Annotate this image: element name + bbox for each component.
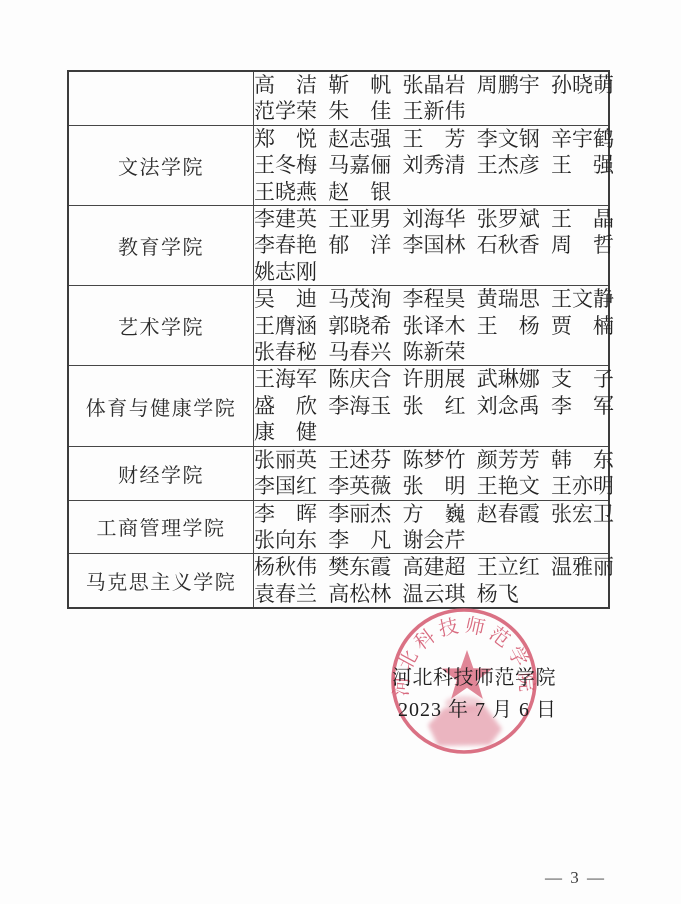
- names-line: 李 晖 李丽杰 方 巍 赵春霞 张宏卫: [254, 501, 608, 527]
- college-cell: 文法学院: [68, 125, 254, 205]
- names-line: 高 洁 靳 帆 张晶岩 周鹏宇 孙晓萌: [254, 72, 608, 98]
- names-line: 郑 悦 赵志强 王 芳 李文钢 辛宇鹤: [254, 126, 608, 152]
- names-line: 李春艳 郁 洋 李国林 石秋香 周 哲: [254, 232, 608, 258]
- names-line: 吴 迪 马茂洵 李程昊 黄瑞思 王文静: [254, 286, 608, 312]
- college-cell: 财经学院: [68, 446, 254, 500]
- names-line: 袁春兰 高松林 温云琪 杨飞: [254, 581, 608, 607]
- names-line: 范学荣 朱 佳 王新伟: [254, 98, 608, 124]
- table-row: 体育与健康学院 王海军 陈庆合 许朋展 武琳娜 支 子 盛 欣 李海玉 张 红 …: [68, 366, 609, 446]
- signature-org: 河北科技师范学院: [392, 661, 556, 690]
- names-cell: 李 晖 李丽杰 方 巍 赵春霞 张宏卫 张向东 李 凡 谢会芹: [254, 500, 610, 554]
- table-row: 马克思主义学院 杨秋伟 樊东霞 高建超 王立红 温雅丽 袁春兰 高松林 温云琪 …: [68, 554, 609, 608]
- college-cell: [68, 71, 254, 125]
- table-row: 艺术学院 吴 迪 马茂洵 李程昊 黄瑞思 王文静 王膺涵 郭晓希 张译木 王 杨…: [68, 286, 609, 366]
- names-cell: 李建英 王亚男 刘海华 张罗斌 王 晶 李春艳 郁 洋 李国林 石秋香 周 哲 …: [254, 206, 610, 286]
- names-line: 李国红 李英薇 张 明 王艳文 王亦明: [254, 473, 608, 499]
- names-line: 盛 欣 李海玉 张 红 刘念禹 李 军: [254, 393, 608, 419]
- table-row: 教育学院 李建英 王亚男 刘海华 张罗斌 王 晶 李春艳 郁 洋 李国林 石秋香…: [68, 206, 609, 286]
- page-number: — 3 —: [545, 868, 606, 888]
- college-cell: 艺术学院: [68, 286, 254, 366]
- names-line: 王晓燕 赵 银: [254, 179, 608, 205]
- document-page: 高 洁 靳 帆 张晶岩 周鹏宇 孙晓萌 范学荣 朱 佳 王新伟 文法学院 郑 悦…: [0, 0, 681, 904]
- names-cell: 杨秋伟 樊东霞 高建超 王立红 温雅丽 袁春兰 高松林 温云琪 杨飞: [254, 554, 610, 608]
- names-cell: 高 洁 靳 帆 张晶岩 周鹏宇 孙晓萌 范学荣 朱 佳 王新伟: [254, 71, 610, 125]
- names-line: 杨秋伟 樊东霞 高建超 王立红 温雅丽: [254, 554, 608, 580]
- names-line: 张春秘 马春兴 陈新荣: [254, 339, 608, 365]
- names-cell: 王海军 陈庆合 许朋展 武琳娜 支 子 盛 欣 李海玉 张 红 刘念禹 李 军 …: [254, 366, 610, 446]
- signature-date: 2023 年 7 月 6 日: [398, 693, 557, 722]
- names-line: 姚志刚: [254, 259, 608, 285]
- names-line: 康 健: [254, 419, 608, 445]
- names-line: 李建英 王亚男 刘海华 张罗斌 王 晶: [254, 206, 608, 232]
- names-line: 王膺涵 郭晓希 张译木 王 杨 贾 楠: [254, 313, 608, 339]
- names-line: 张向东 李 凡 谢会芹: [254, 527, 608, 553]
- college-cell: 马克思主义学院: [68, 554, 254, 608]
- table-row: 工商管理学院 李 晖 李丽杰 方 巍 赵春霞 张宏卫 张向东 李 凡 谢会芹: [68, 500, 609, 554]
- names-cell: 吴 迪 马茂洵 李程昊 黄瑞思 王文静 王膺涵 郭晓希 张译木 王 杨 贾 楠 …: [254, 286, 610, 366]
- roster-table: 高 洁 靳 帆 张晶岩 周鹏宇 孙晓萌 范学荣 朱 佳 王新伟 文法学院 郑 悦…: [67, 70, 610, 609]
- college-cell: 体育与健康学院: [68, 366, 254, 446]
- table-row: 文法学院 郑 悦 赵志强 王 芳 李文钢 辛宇鹤 王冬梅 马嘉俪 刘秀清 王杰彦…: [68, 125, 609, 205]
- college-cell: 工商管理学院: [68, 500, 254, 554]
- names-line: 王冬梅 马嘉俪 刘秀清 王杰彦 王 强: [254, 152, 608, 178]
- names-cell: 张丽英 王述芬 陈梦竹 颜芳芳 韩 东 李国红 李英薇 张 明 王艳文 王亦明: [254, 446, 610, 500]
- table-row: 财经学院 张丽英 王述芬 陈梦竹 颜芳芳 韩 东 李国红 李英薇 张 明 王艳文…: [68, 446, 609, 500]
- names-line: 张丽英 王述芬 陈梦竹 颜芳芳 韩 东: [254, 447, 608, 473]
- college-cell: 教育学院: [68, 206, 254, 286]
- names-cell: 郑 悦 赵志强 王 芳 李文钢 辛宇鹤 王冬梅 马嘉俪 刘秀清 王杰彦 王 强 …: [254, 125, 610, 205]
- table-row: 高 洁 靳 帆 张晶岩 周鹏宇 孙晓萌 范学荣 朱 佳 王新伟: [68, 71, 609, 125]
- names-line: 王海军 陈庆合 许朋展 武琳娜 支 子: [254, 366, 608, 392]
